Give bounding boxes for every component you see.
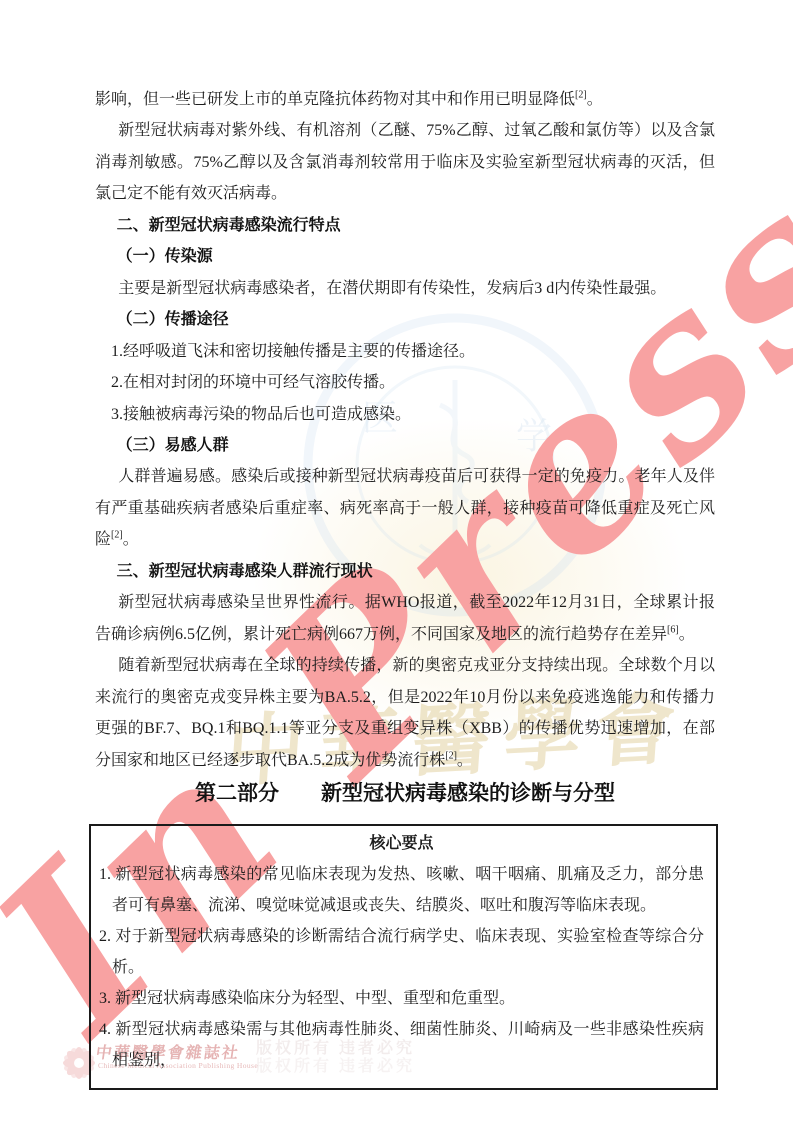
reference-superscript: [2] — [111, 530, 123, 541]
reference-superscript: [2] — [575, 90, 587, 101]
key-point-item: 4. 新型冠状病毒感染需与其他病毒性肺炎、细菌性肺炎、川崎病及一些非感染性疾病相… — [99, 1014, 704, 1076]
paragraph: 随着新型冠状病毒在全球的持续传播，新的奥密克戎亚分支持续出现。全球数个月以来流行… — [95, 650, 715, 776]
key-points-list: 1. 新型冠状病毒感染的常见临床表现为发热、咳嗽、咽干咽痛、肌痛及乏力，部分患者… — [99, 859, 704, 1076]
paragraph: 主要是新型冠状病毒感染者，在潜伏期即有传染性，发病后3 d内传染性最强。 — [95, 273, 715, 304]
paragraph: 新型冠状病毒对紫外线、有机溶剂（乙醚、75%乙醇、过氧乙酸和氯仿等）以及含氯消毒… — [95, 115, 715, 209]
key-points-box: 核心要点 1. 新型冠状病毒感染的常见临床表现为发热、咳嗽、咽干咽痛、肌痛及乏力… — [89, 824, 718, 1090]
subsection-heading: （三）易感人群 — [95, 430, 715, 461]
numbered-paragraph: 3.接触被病毒污染的物品后也可造成感染。 — [95, 399, 715, 430]
reference-superscript: [2] — [445, 750, 457, 761]
document-page: 医 学 中華醫學會 In Press 中華醫學會雜誌社 Chinese Medi… — [0, 0, 793, 1122]
key-point-item: 3. 新型冠状病毒感染临床分为轻型、中型、重型和危重型。 — [99, 983, 704, 1014]
document-body: 影响，但一些已研发上市的单克隆抗体药物对其中和作用已明显降低[2]。新型冠状病毒… — [95, 84, 715, 1090]
section-heading: 二、新型冠状病毒感染流行特点 — [95, 210, 715, 241]
subsection-heading: （一）传染源 — [95, 241, 715, 272]
subsection-heading: （二）传播途径 — [95, 304, 715, 335]
body-content: 影响，但一些已研发上市的单克隆抗体药物对其中和作用已明显降低[2]。新型冠状病毒… — [95, 84, 715, 776]
section-heading: 三、新型冠状病毒感染人群流行现状 — [95, 556, 715, 587]
key-point-item: 1. 新型冠状病毒感染的常见临床表现为发热、咳嗽、咽干咽痛、肌痛及乏力，部分患者… — [99, 859, 704, 921]
key-point-item: 2. 对于新型冠状病毒感染的诊断需结合流行病学史、临床表现、实验室检查等综合分析… — [99, 921, 704, 983]
numbered-paragraph: 2.在相对封闭的环境中可经气溶胶传播。 — [95, 367, 715, 398]
paragraph: 人群普遍易感。感染后或接种新型冠状病毒疫苗后可获得一定的免疫力。老年人及伴有严重… — [95, 461, 715, 555]
key-points-title: 核心要点 — [99, 828, 704, 859]
numbered-paragraph: 1.经呼吸道飞沫和密切接触传播是主要的传播途径。 — [95, 336, 715, 367]
reference-superscript: [6] — [667, 624, 679, 635]
paragraph: 新型冠状病毒感染呈世界性流行。据WHO报道，截至2022年12月31日，全球累计… — [95, 587, 715, 650]
paragraph: 影响，但一些已研发上市的单克隆抗体药物对其中和作用已明显降低[2]。 — [95, 84, 715, 115]
part2-heading: 第二部分新型冠状病毒感染的诊断与分型 — [95, 776, 715, 810]
part2-heading-title: 新型冠状病毒感染的诊断与分型 — [321, 781, 615, 805]
part2-heading-number: 第二部分 — [195, 781, 279, 805]
